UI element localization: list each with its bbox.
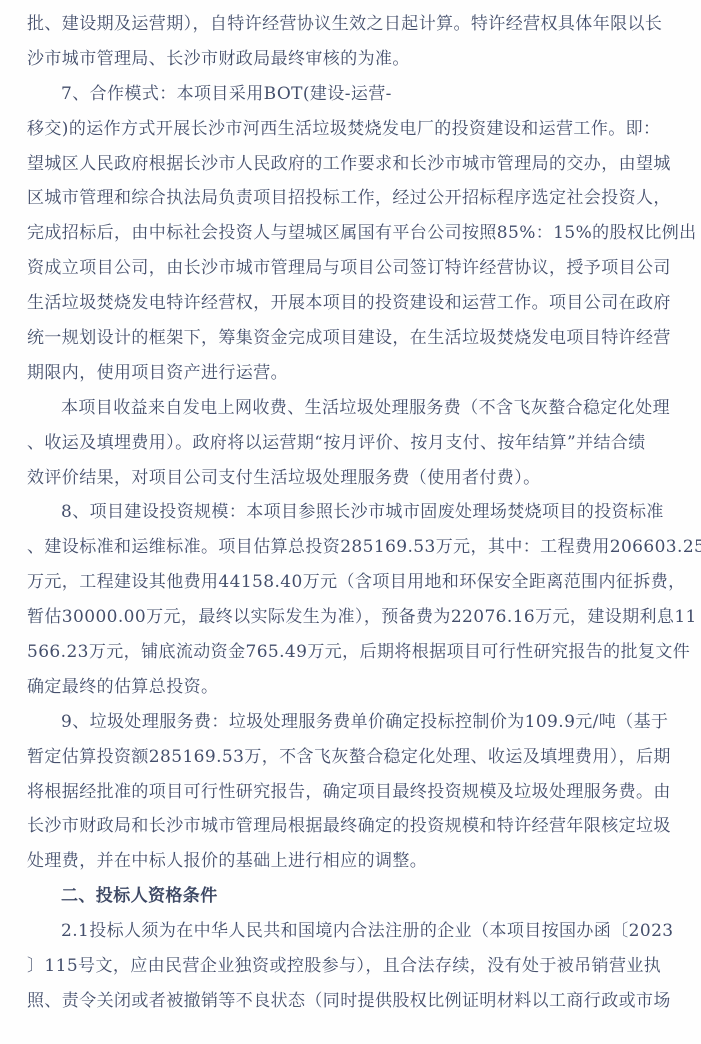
document-line: 确定最终的估算总投资。 [27,670,677,705]
document-line: 处理费，并在中标人报价的基础上进行相应的调整。 [27,844,677,879]
document-line-clause-2-1: 2.1投标人须为在中华人民共和国境内合法注册的企业（本项目按国办函〔2023 [27,914,677,949]
document-line: 、建设标准和运维标准。项目估算总投资285169.53万元，其中：工程费用206… [27,530,677,565]
document-line: 生活垃圾焚烧发电特许经营权，开展本项目的投资建设和运营工作。项目公司在政府 [27,286,677,321]
document-line-revenue-paragraph: 本项目收益来自发电上网收费、生活垃圾处理服务费（不含飞灰螯合稳定化处理 [27,391,677,426]
document-line: 区城市管理和综合执法局负责项目招投标工作，经过公开招标程序选定社会投资人， [27,181,677,216]
document-text-body: 批、建设期及运营期），自特许经营协议生效之日起计算。特许经营权具体年限以长 沙市… [27,7,677,1019]
document-line: 效评价结果，对项目公司支付生活垃圾处理服务费（使用者付费）。 [27,461,677,496]
document-line-item-9: 9、垃圾处理服务费：垃圾处理服务费单价确定投标控制价为109.9元/吨（基于 [27,705,677,740]
document-line: 暂定估算投资额285169.53万，不含飞灰螯合稳定化处理、收运及填埋费用），后… [27,740,677,775]
document-line: 批、建设期及运营期），自特许经营协议生效之日起计算。特许经营权具体年限以长 [27,7,677,42]
document-line: 期限内，使用项目资产进行运营。 [27,356,677,391]
document-line-item-7: 7、合作模式：本项目采用BOT(建设-运营- [27,77,677,112]
document-line: 长沙市财政局和长沙市城市管理局根据最终确定的投资规模和特许经营年限核定垃圾 [27,809,677,844]
document-line: 万元，工程建设其他费用44158.40万元（含项目用地和环保安全距离范围内征拆费… [27,565,677,600]
document-line: 将根据经批准的项目可行性研究报告，确定项目最终投资规模及垃圾处理服务费。由 [27,775,677,810]
document-line: 完成招标后，由中标社会投资人与望城区属国有平台公司按照85%：15%的股权比例出 [27,216,677,251]
document-line: 〕115号文，应由民营企业独资或控股参与），且合法存续，没有处于被吊销营业执 [27,949,677,984]
document-line: 望城区人民政府根据长沙市人民政府的工作要求和长沙市城市管理局的交办，由望城 [27,147,677,182]
document-page: 批、建设期及运营期），自特许经营协议生效之日起计算。特许经营权具体年限以长 沙市… [0,0,701,1044]
document-line: 移交)的运作方式开展长沙市河西生活垃圾焚烧发电厂的投资建设和运营工作。即： [27,112,677,147]
document-line-item-8: 8、项目建设投资规模：本项目参照长沙市城市固废处理场焚烧项目的投资标准 [27,495,677,530]
document-line: 566.23万元，铺底流动资金765.49万元，后期将根据项目可行性研究报告的批… [27,635,677,670]
document-line: 资成立项目公司，由长沙市城市管理局与项目公司签订特许经营协议，授予项目公司 [27,251,677,286]
document-line: 暂估30000.00万元，最终以实际发生为准），预备费为22076.16万元，建… [27,600,677,635]
document-line: 沙市城市管理局、长沙市财政局最终审核的为准。 [27,42,677,77]
section-heading-bidder-qualifications: 二、投标人资格条件 [27,879,677,914]
document-line: 、收运及填埋费用）。政府将以运营期“按月评价、按月支付、按年结算”并结合绩 [27,426,677,461]
document-line: 统一规划设计的框架下，筹集资金完成项目建设，在生活垃圾焚烧发电项目特许经营 [27,321,677,356]
document-line: 照、责令关闭或者被撤销等不良状态（同时提供股权比例证明材料以工商行政或市场 [27,984,677,1019]
